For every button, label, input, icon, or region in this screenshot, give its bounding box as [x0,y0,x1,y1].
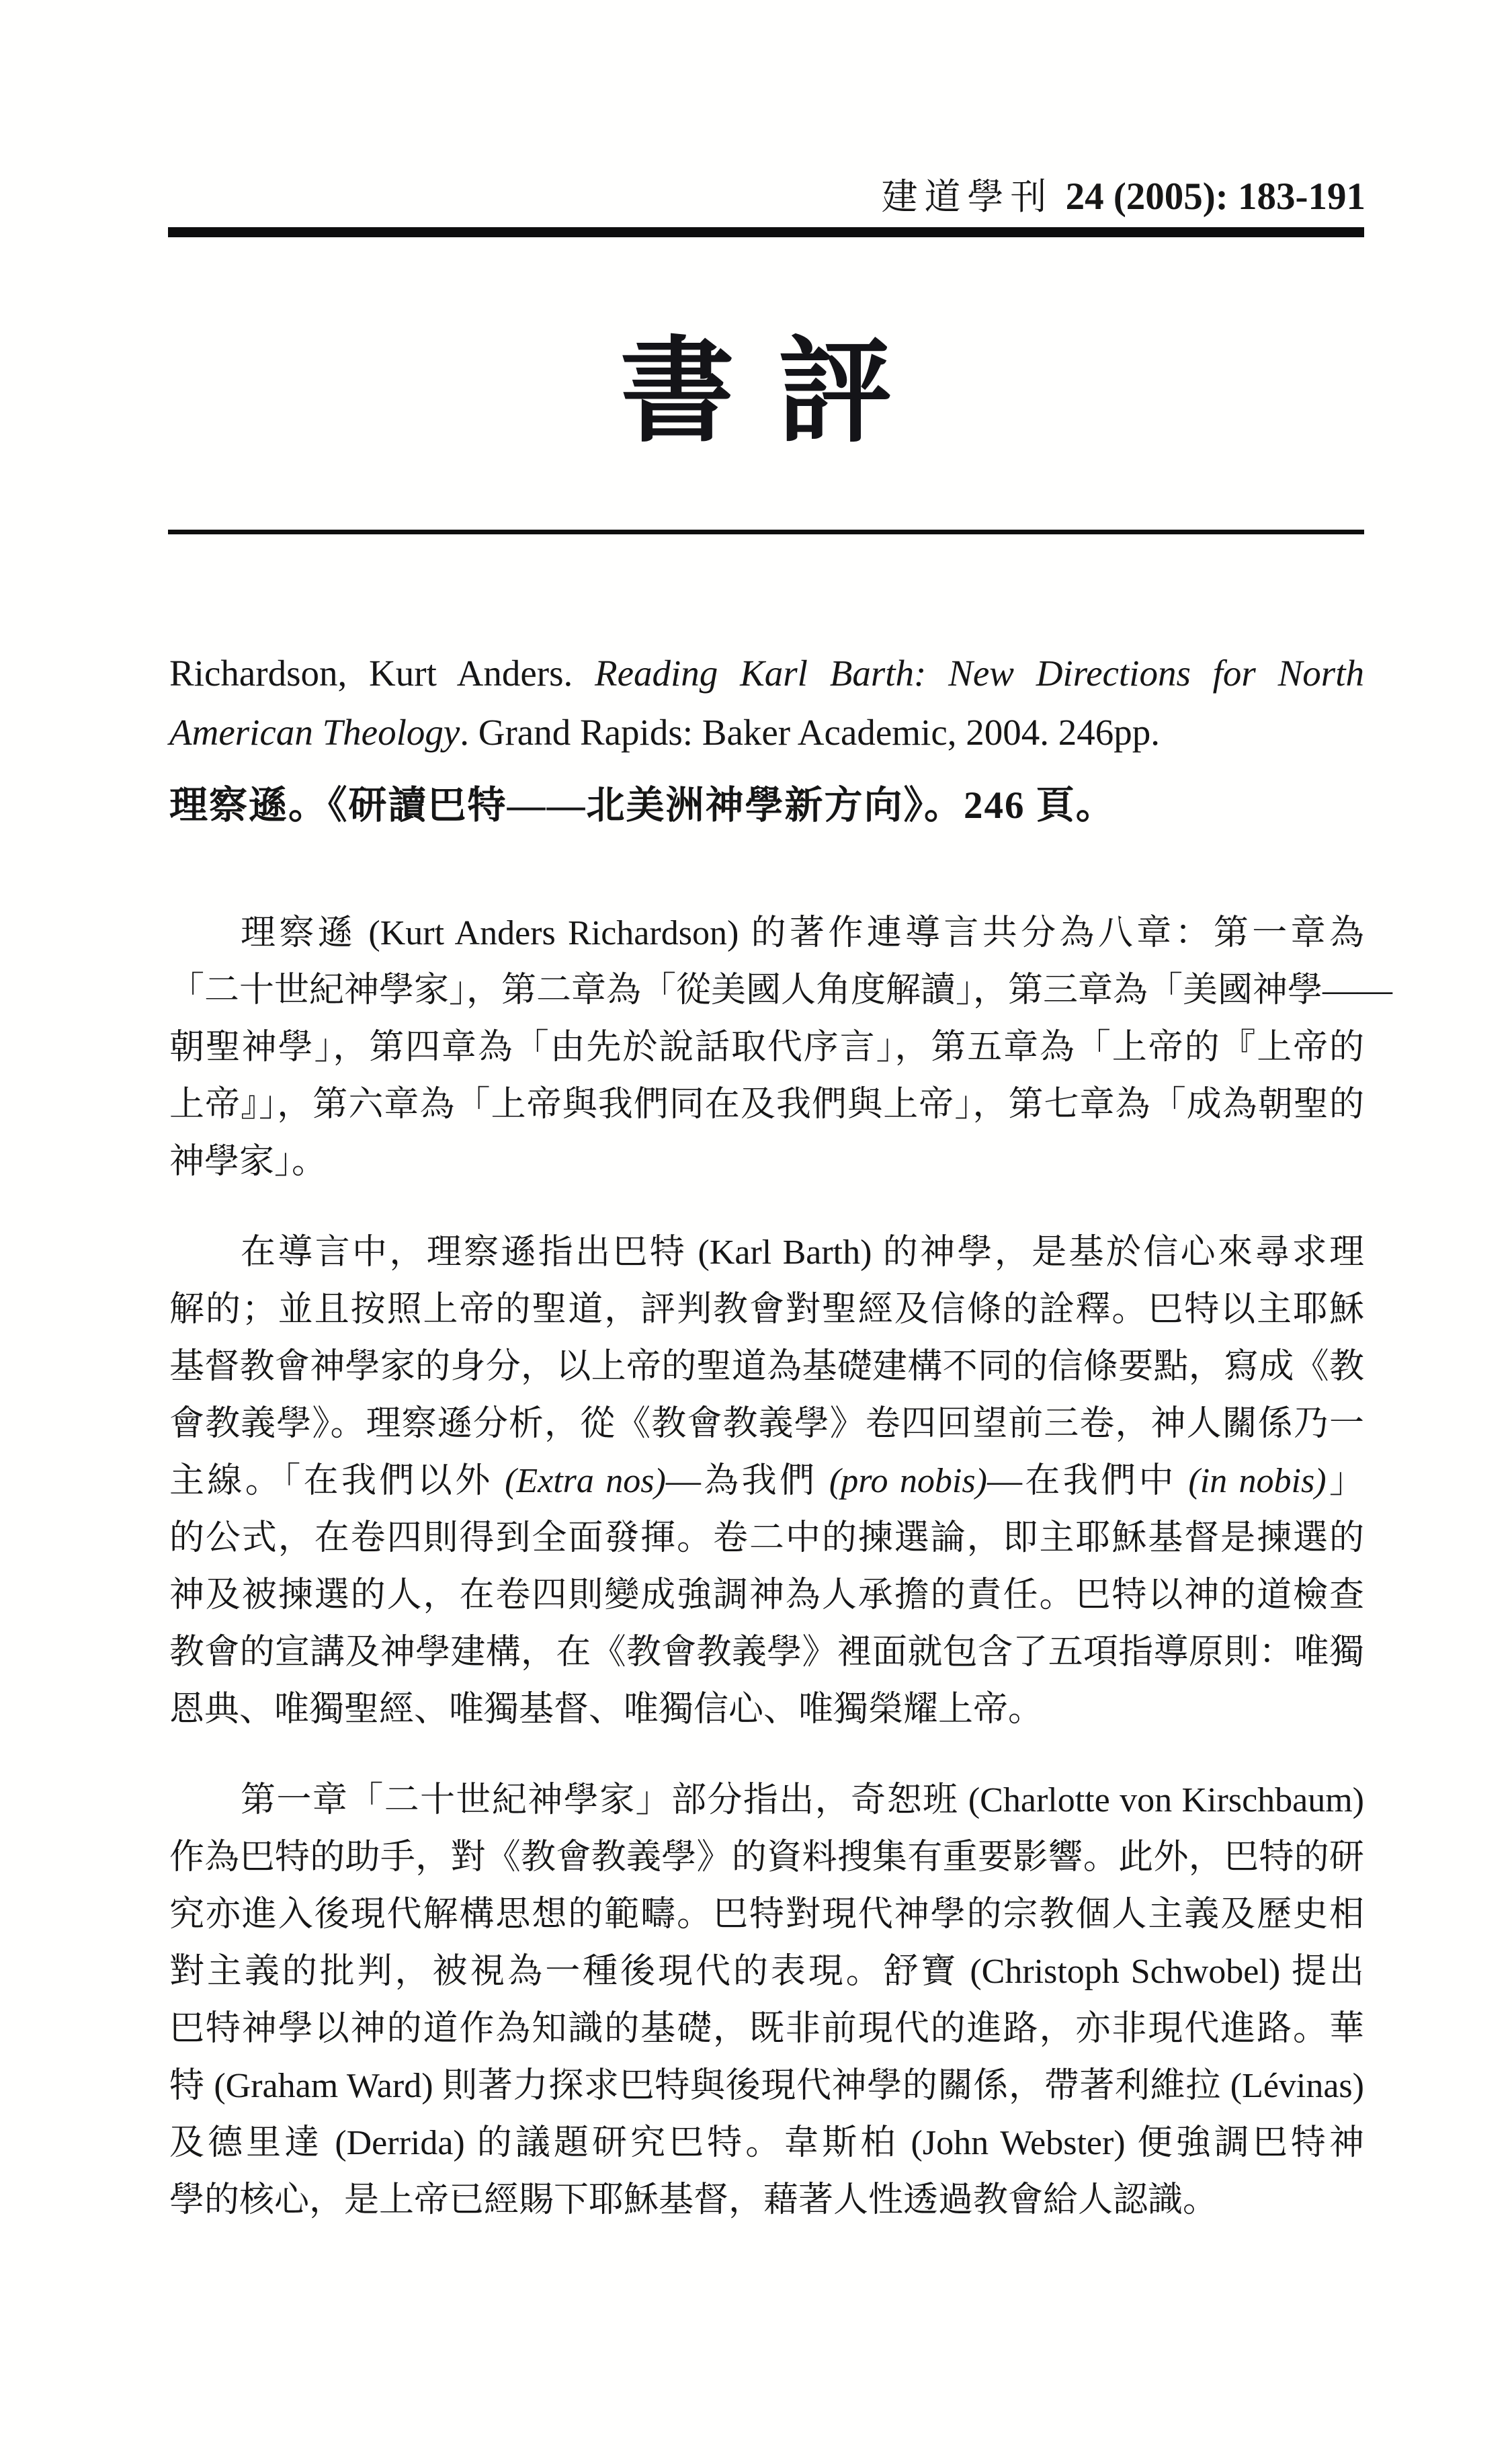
english-citation: Richardson, Kurt Anders. Reading Karl Ba… [169,644,1364,762]
page-title: 書評 [0,315,1512,469]
latin-italic-run: American Theology [169,712,460,753]
text-line: 究亦進入後現代解構思想的範疇。巴特對現代神學的宗教個人主義及歷史相 [169,1886,1364,1943]
text-run: 教會的宣講及神學建構，在《教會教義學》裡面就包含了五項指導原則：唯獨 [169,1633,1364,1672]
text-line: 「二十世紀神學家」，第二章為「從美國人角度解讀」，第三章為「美國神學—— [169,962,1364,1019]
text-run: 巴特神學以神的道作為知識的基礎，既非前現代的進路，亦非現代進路。華 [169,2010,1364,2048]
text-run: —為我們 [666,1462,829,1500]
text-line: American Theology. Grand Rapids: Baker A… [169,703,1364,762]
text-line: 學的核心，是上帝已經賜下耶穌基督，藉著人性透過教會給人認識。 [169,2172,1364,2229]
text-run: 神學家」。 [169,1143,327,1181]
text-line: 第一章「二十世紀神學家」部分指出，奇恕班 (Charlotte von Kirs… [169,1772,1364,1829]
text-run: 恩典、唯獨聖經、唯獨基督、唯獨信心、唯獨榮耀上帝。 [169,1690,1043,1729]
text-run: 朝聖神學」，第四章為「由先於說話取代序言」，第五章為「上帝的『上帝的 [169,1028,1364,1067]
text-line: 主線。「在我們以外 (Extra nos)—為我們 (pro nobis)—在我… [169,1452,1364,1510]
text-run: 解的；並且按照上帝的聖道，評判教會對聖經及信條的詮釋。巴特以主耶穌 [169,1290,1364,1329]
text-line: 恩典、唯獨聖經、唯獨基督、唯獨信心、唯獨榮耀上帝。 [169,1681,1364,1738]
text-run: 主線。「在我們以外 [169,1462,505,1500]
latin-italic-run: (Extra nos) [505,1462,666,1500]
latin-italic-run: (in nobis) [1188,1462,1326,1500]
latin-italic-run: (pro nobis) [829,1462,987,1500]
text-line: 神學家」。 [169,1133,1364,1190]
text-run: 學的核心，是上帝已經賜下耶穌基督，藉著人性透過教會給人認識。 [169,2181,1218,2219]
paragraph: 第一章「二十世紀神學家」部分指出，奇恕班 (Charlotte von Kirs… [169,1772,1364,2229]
text-run: 第一章「二十世紀神學家」部分指出，奇恕班 (Charlotte von Kirs… [241,1781,1364,1819]
text-line: 理察遜 (Kurt Anders Richardson) 的著作連導言共分為八章… [169,905,1364,962]
text-run: 在導言中，理察遜指出巴特 (Karl Barth) 的神學，是基於信心來尋求理 [241,1233,1364,1272]
text-line: 基督教會神學家的身分，以上帝的聖道為基礎建構不同的信條要點，寫成《教 [169,1338,1364,1395]
text-run: 上帝』」，第六章為「上帝與我們同在及我們與上帝」，第七章為「成為朝聖的 [169,1085,1364,1124]
paragraph: 理察遜 (Kurt Anders Richardson) 的著作連導言共分為八章… [169,905,1364,1190]
text-line: 巴特神學以神的道作為知識的基礎，既非前現代的進路，亦非現代進路。華 [169,2000,1364,2057]
text-run: 特 (Graham Ward) 則著力探求巴特與後現代神學的關係，帶著利維拉 (… [169,2067,1364,2105]
text-line: 解的；並且按照上帝的聖道，評判教會對聖經及信條的詮釋。巴特以主耶穌 [169,1281,1364,1338]
text-line: Richardson, Kurt Anders. Reading Karl Ba… [169,644,1364,703]
text-run: 神及被揀選的人，在卷四則變成強調神為人承擔的責任。巴特以神的道檢查 [169,1576,1364,1614]
text-line: 及德里達 (Derrida) 的議題研究巴特。韋斯柏 (John Webster… [169,2115,1364,2172]
review-body: 理察遜 (Kurt Anders Richardson) 的著作連導言共分為八章… [169,905,1364,2229]
text-run: 會教義學》。理察遜分析，從《教會教義學》卷四回望前三卷，神人關係乃一 [169,1405,1364,1443]
text-line: 特 (Graham Ward) 則著力探求巴特與後現代神學的關係，帶著利維拉 (… [169,2057,1364,2115]
page-sheet: 建道學刊24 (2005): 183-191 書評 Richardson, Ku… [0,0,1512,2460]
text-line: 朝聖神學」，第四章為「由先於說話取代序言」，第五章為「上帝的『上帝的 [169,1019,1364,1076]
text-run: 基督教會神學家的身分，以上帝的聖道為基礎建構不同的信條要點，寫成《教 [169,1348,1364,1386]
page-header: 建道學刊24 (2005): 183-191 [882,172,1366,222]
text-run: 的公式，在卷四則得到全面發揮。卷二中的揀選論，即主耶穌基督是揀選的 [169,1519,1364,1557]
text-run: Richardson, Kurt Anders. [169,653,595,694]
text-run: 理察遜 (Kurt Anders Richardson) 的著作連導言共分為八章… [241,914,1364,952]
text-line: 上帝』」，第六章為「上帝與我們同在及我們與上帝」，第七章為「成為朝聖的 [169,1076,1364,1133]
text-run: 作為巴特的助手，對《教會教義學》的資料搜集有重要影響。此外，巴特的研 [169,1838,1364,1877]
text-line: 在導言中，理察遜指出巴特 (Karl Barth) 的神學，是基於信心來尋求理 [169,1224,1364,1281]
text-run: 「二十世紀神學家」，第二章為「從美國人角度解讀」，第三章為「美國神學—— [169,971,1392,1010]
text-line: 會教義學》。理察遜分析，從《教會教義學》卷四回望前三卷，神人關係乃一 [169,1395,1364,1452]
text-line: 神及被揀選的人，在卷四則變成強調神為人承擔的責任。巴特以神的道檢查 [169,1567,1364,1624]
text-line: 對主義的批判，被視為一種後現代的表現。舒寶 (Christoph Schwobe… [169,1943,1364,2000]
text-run: . Grand Rapids: Baker Academic, 2004. 24… [460,712,1160,753]
text-run: 」 [1327,1462,1364,1500]
text-line: 作為巴特的助手，對《教會教義學》的資料搜集有重要影響。此外，巴特的研 [169,1829,1364,1886]
latin-italic-run: Reading Karl Barth: New Directions for N… [595,653,1364,694]
text-line: 的公式，在卷四則得到全面發揮。卷二中的揀選論，即主耶穌基督是揀選的 [169,1510,1364,1567]
journal-name: 建道學刊 [882,177,1054,217]
text-run: 及德里達 (Derrida) 的議題研究巴特。韋斯柏 (John Webster… [169,2124,1364,2162]
journal-issue: 24 (2005): 183-191 [1066,175,1366,218]
top-rule [168,227,1364,237]
text-run: 究亦進入後現代解構思想的範疇。巴特對現代神學的宗教個人主義及歷史相 [169,1895,1364,1934]
text-run: —在我們中 [987,1462,1188,1500]
chinese-citation: 理察遜。《研讀巴特——北美洲神學新方向》。246 頁。 [169,781,1364,831]
text-line: 教會的宣講及神學建構，在《教會教義學》裡面就包含了五項指導原則：唯獨 [169,1624,1364,1681]
paragraph: 在導言中，理察遜指出巴特 (Karl Barth) 的神學，是基於信心來尋求理解… [169,1224,1364,1738]
title-rule [168,530,1364,534]
text-run: 對主義的批判，被視為一種後現代的表現。舒寶 (Christoph Schwobe… [169,1953,1364,1991]
